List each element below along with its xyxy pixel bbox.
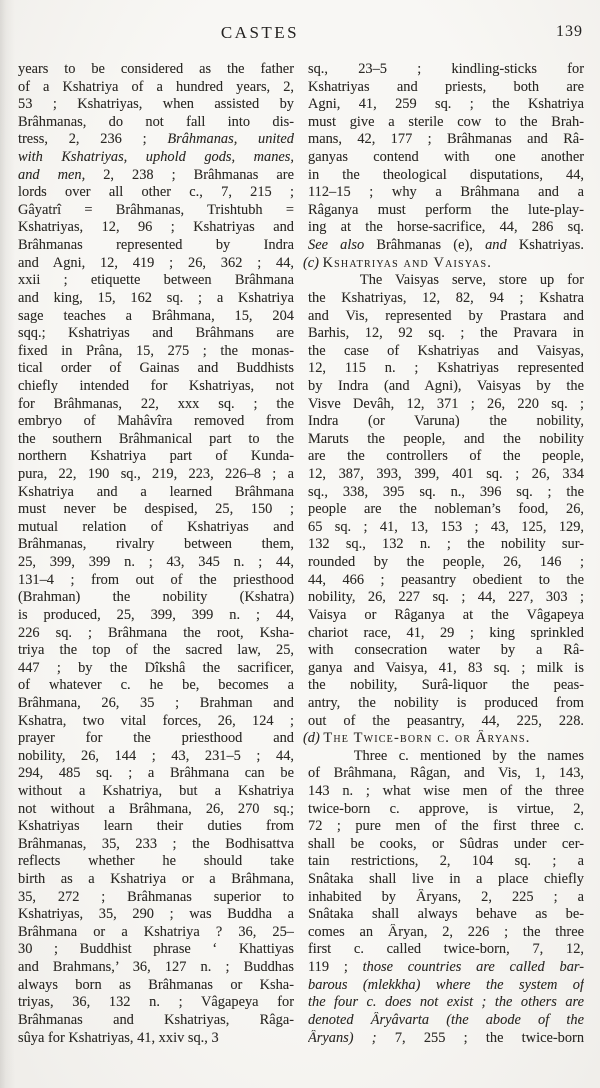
- text-segment: inhabited by Âryans, 2, 225 ; a: [308, 889, 584, 905]
- text-segment: Snâtaka shall live in a place chiefly: [308, 871, 584, 887]
- text-segment: and men,: [18, 167, 85, 183]
- text-line: 294, 485 sq. ; a Brâhmana can be: [18, 765, 294, 783]
- page-header: CASTES 139: [0, 23, 600, 45]
- text-line: and king, 15, 162 sq. ; a Kshatriya: [18, 290, 294, 308]
- text-line: fixed in Prâna, 15, 275 ; the monas-: [18, 343, 294, 361]
- text-segment: xxii ; etiquette between Brâhmana: [18, 272, 294, 288]
- text-line: Barhis, 12, 92 sq. ; the Pravara in: [308, 325, 584, 343]
- text-segment: and Agni, 12, 419 ; 26, 362 ; 44,: [18, 255, 294, 271]
- text-segment: triyas, 36, 132 n. ; Vâgapeya for: [18, 994, 294, 1010]
- text-line: the case of Kshatriyas and Vaisyas,: [308, 343, 584, 361]
- text-line: comes an Âryan, 2, 226 ; the three: [308, 924, 584, 942]
- text-segment: Brâhmanas represented by Indra: [18, 237, 294, 253]
- text-segment: Three c. mentioned by the names: [308, 748, 584, 764]
- text-line: 131–4 ; from out of the priesthood: [18, 572, 294, 590]
- text-segment: 65 sq. ; 41, 13, 153 ; 43, 125, 129,: [308, 519, 584, 535]
- text-line: xxii ; etiquette between Brâhmana: [18, 272, 294, 290]
- text-segment: and king, 15, 162 sq. ; a Kshatriya: [18, 290, 294, 306]
- text-line: sq., 23–5 ; kindling-sticks for: [308, 61, 584, 79]
- text-segment: Kshatriyas learn their duties from: [18, 818, 294, 834]
- text-line: sq., 338, 395 sq. n., 396 sq. ; the: [308, 484, 584, 502]
- text-line: 53 ; Kshatriyas, when assisted by: [18, 96, 294, 114]
- text-segment: Brâhmana or a Kshatriya ? 36, 25–: [18, 924, 294, 940]
- text-line: Snâtaka shall always behave as be-: [308, 906, 584, 924]
- text-segment: 226 sq. ; Brâhmana the root, Ksha-: [18, 625, 294, 641]
- text-segment: fixed in Prâna, 15, 275 ; the monas-: [18, 343, 294, 359]
- text-segment: for Brâhmanas, 22, xxx sq. ; the: [18, 396, 294, 412]
- text-segment: triya the top of the sacred law, 25,: [18, 642, 294, 658]
- text-segment: Kshatriyas.: [507, 237, 584, 253]
- text-segment: barous (mlekkha) where the system of: [308, 977, 584, 993]
- text-line: 72 ; pure men of the first three c.: [308, 818, 584, 836]
- text-segment: (d): [303, 730, 323, 746]
- text-line: Agni, 41, 259 sq. ; the Kshatriya: [308, 96, 584, 114]
- text-line: Brâhmanas and Kshatriyas, Râga-: [18, 1012, 294, 1030]
- text-segment: 112–15 ; why a Brâhmana and a: [308, 184, 584, 200]
- text-segment: tain restrictions, 2, 104 sq. ; a: [308, 853, 584, 869]
- book-page-scan: CASTES 139 years to be considered as the…: [0, 0, 600, 1088]
- heading-text: The Twice-born c. or Âryans.: [323, 730, 530, 746]
- text-segment: Vaisya or Râganya at the Vâgapeya: [308, 607, 584, 623]
- text-line: and Vis, represented by Prastara and: [308, 308, 584, 326]
- text-line: in the theological disputations, 44,: [308, 167, 584, 185]
- text-segment: birth as a Kshatriya or a Brâhmana,: [18, 871, 294, 887]
- text-segment: 7, 255 ; the twice-born: [377, 1030, 584, 1046]
- text-segment: See also: [308, 237, 376, 253]
- text-line: mans, 42, 177 ; Brâhmanas and Râ-: [308, 131, 584, 149]
- text-line: people are the nobleman’s food, 26,: [308, 501, 584, 519]
- text-segment: with Kshatriyas, uphold gods, manes,: [18, 149, 294, 165]
- text-segment: must give a sterile cow to the Brah-: [308, 114, 584, 130]
- text-line: Indra (or Varuna) the nobility,: [308, 413, 584, 431]
- text-line: Kshatriyas learn their duties from: [18, 818, 294, 836]
- text-line: 30 ; Buddhist phrase ‘ Khattiyas: [18, 941, 294, 959]
- text-line: with Kshatriyas, uphold gods, manes,: [18, 149, 294, 167]
- text-line: sqq.; Kshatriyas and Brâhmans are: [18, 325, 294, 343]
- text-segment: antry, the nobility is produced from: [308, 695, 584, 711]
- text-segment: 35, 272 ; Brâhmanas superior to: [18, 889, 294, 905]
- text-segment: Maruts the people, and the nobility: [308, 431, 584, 447]
- text-segment: lords over all other c., 7, 215 ;: [18, 184, 294, 200]
- text-line: 226 sq. ; Brâhmana the root, Ksha-: [18, 625, 294, 643]
- text-line: See also Brâhmanas (e), and Kshatriyas.: [308, 237, 584, 255]
- text-line: Kshatriya and a learned Brâhmana: [18, 484, 294, 502]
- text-line: Brâhmanas represented by Indra: [18, 237, 294, 255]
- text-segment: nobility, 26, 227 sq. ; 44, 227, 303 ;: [308, 589, 584, 605]
- text-line: for Brâhmanas, 22, xxx sq. ; the: [18, 396, 294, 414]
- text-segment: not without a Brâhmana, 26, 270 sq.;: [18, 801, 294, 817]
- text-segment: Gâyatrî = Brâhmanas, Trishtubh =: [18, 202, 294, 218]
- text-segment: Âryans) ;: [308, 1030, 377, 1046]
- text-line: mutual relation of Kshatriyas and: [18, 519, 294, 537]
- text-segment: of Brâhmana, Râgan, and Vis, 1, 143,: [308, 765, 584, 781]
- text-line: shall be cooks, or Sûdras under cer-: [308, 836, 584, 854]
- text-line: is produced, 25, 399, 399 n. ; 44,: [18, 607, 294, 625]
- text-line: Kshatriyas, 35, 290 ; was Buddha a: [18, 906, 294, 924]
- text-segment: nobility, 26, 144 ; 43, 231–5 ; 44,: [18, 748, 294, 764]
- text-line: 65 sq. ; 41, 13, 153 ; 43, 125, 129,: [308, 519, 584, 537]
- text-line: of whatever c. he be, becomes a: [18, 677, 294, 695]
- text-segment: the case of Kshatriyas and Vaisyas,: [308, 343, 584, 359]
- text-segment: sage teaches a Brâhmana, 15, 204: [18, 308, 294, 324]
- text-segment: Brâhmanas, do not fall into dis-: [18, 114, 294, 130]
- text-line: not without a Brâhmana, 26, 270 sq.;: [18, 801, 294, 819]
- text-segment: are the controllers of the people,: [308, 448, 584, 464]
- text-line: Brâhmana or a Kshatriya ? 36, 25–: [18, 924, 294, 942]
- text-segment: in the theological disputations, 44,: [308, 167, 584, 183]
- text-line: and Agni, 12, 419 ; 26, 362 ; 44,: [18, 255, 294, 273]
- section-heading: (c) Kshatriyas and Vaisyas.: [303, 255, 584, 273]
- text-line: must give a sterile cow to the Brah-: [308, 114, 584, 132]
- text-line: 12, 115 n. ; Kshatriyas represented: [308, 360, 584, 378]
- text-segment: ganya and Vaisya, 41, 83 sq. ; milk is: [308, 660, 584, 676]
- text-segment: 12, 115 n. ; Kshatriyas represented: [308, 360, 584, 376]
- text-segment: Brâhmanas (e),: [376, 237, 485, 253]
- text-line: nobility, 26, 144 ; 43, 231–5 ; 44,: [18, 748, 294, 766]
- text-line: 12, 387, 393, 399, 401 sq. ; 26, 334: [308, 466, 584, 484]
- section-heading: (d) The Twice-born c. or Âryans.: [303, 730, 584, 748]
- text-segment: tical order of Gainas and Buddhists: [18, 360, 294, 376]
- text-segment: (Brahman) the nobility (Kshatra): [18, 589, 294, 605]
- text-line: first c. called twice-born, 7, 12,: [308, 941, 584, 959]
- text-segment: sûya for Kshatriyas, 41, xxiv sq., 3: [18, 1030, 219, 1046]
- text-line: years to be considered as the father: [18, 61, 294, 79]
- text-line: 25, 399, 399 n. ; 43, 345 n. ; 44,: [18, 554, 294, 572]
- text-segment: reflects whether he should take: [18, 853, 294, 869]
- text-line: of a Kshatriya of a hundred years, 2,: [18, 79, 294, 97]
- text-line: 44, 466 ; peasantry obedient to the: [308, 572, 584, 590]
- text-line: triyas, 36, 132 n. ; Vâgapeya for: [18, 994, 294, 1012]
- text-segment: 53 ; Kshatriyas, when assisted by: [18, 96, 294, 112]
- text-line: inhabited by Âryans, 2, 225 ; a: [308, 889, 584, 907]
- text-segment: chariot race, 41, 29 ; king sprinkled: [308, 625, 584, 641]
- text-segment: by Indra (and Agni), Vaisyas by the: [308, 378, 584, 394]
- text-line: Three c. mentioned by the names: [308, 748, 584, 766]
- text-line: triya the top of the sacred law, 25,: [18, 642, 294, 660]
- text-line: the nobility, Surâ-liquor the peas-: [308, 677, 584, 695]
- text-segment: 143 n. ; what wise men of the three: [308, 783, 584, 799]
- text-line: Kshatriyas and priests, both are: [308, 79, 584, 97]
- text-line: 35, 272 ; Brâhmanas superior to: [18, 889, 294, 907]
- text-line: 447 ; by the Dîkshâ the sacrificer,: [18, 660, 294, 678]
- text-line: barous (mlekkha) where the system of: [308, 977, 584, 995]
- text-line: twice-born c. approve, is virtue, 2,: [308, 801, 584, 819]
- text-line: pura, 22, 190 sq., 219, 223, 226–8 ; a: [18, 466, 294, 484]
- text-line: always born as Brâhmanas or Ksha-: [18, 977, 294, 995]
- text-segment: ing at the horse-sacrifice, 44, 286 sq.: [308, 219, 584, 235]
- text-line: antry, the nobility is produced from: [308, 695, 584, 713]
- text-segment: northern Kshatriya part of Kunda-: [18, 448, 294, 464]
- text-segment: 44, 466 ; peasantry obedient to the: [308, 572, 584, 588]
- column-left: years to be considered as the fatherof a…: [18, 61, 294, 1047]
- text-segment: with consecration water by a Râ-: [308, 642, 584, 658]
- text-line: and men, 2, 238 ; Brâhmanas are: [18, 167, 294, 185]
- text-line: Vaisya or Râganya at the Vâgapeya: [308, 607, 584, 625]
- text-segment: of a Kshatriya of a hundred years, 2,: [18, 79, 294, 95]
- text-segment: Brâhmana, 26, 35 ; Brahman and: [18, 695, 294, 711]
- text-line: ing at the horse-sacrifice, 44, 286 sq.: [308, 219, 584, 237]
- text-segment: embryo of Mahâvîra removed from: [18, 413, 294, 429]
- text-segment: mutual relation of Kshatriyas and: [18, 519, 294, 535]
- text-segment: Indra (or Varuna) the nobility,: [308, 413, 584, 429]
- text-segment: and Vis, represented by Prastara and: [308, 308, 584, 324]
- text-line: birth as a Kshatriya or a Brâhmana,: [18, 871, 294, 889]
- text-segment: Visve Devâh, 12, 371 ; 26, 220 sq. ;: [308, 396, 584, 412]
- text-segment: chiefly intended for Kshatriyas, not: [18, 378, 294, 394]
- text-segment: Barhis, 12, 92 sq. ; the Pravara in: [308, 325, 584, 341]
- text-segment: must never be despised, 25, 150 ;: [18, 501, 294, 517]
- text-line: Maruts the people, and the nobility: [308, 431, 584, 449]
- text-segment: Brâhmanas, rivalry between them,: [18, 536, 294, 552]
- text-line: are the controllers of the people,: [308, 448, 584, 466]
- text-segment: prayer for the priesthood and: [18, 730, 294, 746]
- heading-text: Kshatriyas and Vaisyas.: [323, 255, 493, 271]
- text-segment: Kshatriyas and priests, both are: [308, 79, 584, 95]
- text-line: 132 sq., 132 n. ; the nobility sur-: [308, 536, 584, 554]
- text-segment: Agni, 41, 259 sq. ; the Kshatriya: [308, 96, 584, 112]
- text-segment: 131–4 ; from out of the priesthood: [18, 572, 294, 588]
- text-block: years to be considered as the fatherof a…: [18, 61, 584, 1047]
- text-line: without a Kshatriya, but a Kshatriya: [18, 783, 294, 801]
- text-segment: people are the nobleman’s food, 26,: [308, 501, 584, 517]
- text-line: chiefly intended for Kshatriyas, not: [18, 378, 294, 396]
- text-line: the Kshatriyas, 12, 82, 94 ; Kshatra: [308, 290, 584, 308]
- text-line: reflects whether he should take: [18, 853, 294, 871]
- text-segment: Râganya must perform the lute-play-: [308, 202, 584, 218]
- text-line: sûya for Kshatriyas, 41, xxiv sq., 3: [18, 1030, 294, 1048]
- text-segment: shall be cooks, or Sûdras under cer-: [308, 836, 584, 852]
- text-line: chariot race, 41, 29 ; king sprinkled: [308, 625, 584, 643]
- text-segment: without a Kshatriya, but a Kshatriya: [18, 783, 294, 799]
- text-line: of Brâhmana, Râgan, and Vis, 1, 143,: [308, 765, 584, 783]
- text-line: Brâhmanas, rivalry between them,: [18, 536, 294, 554]
- text-line: embryo of Mahâvîra removed from: [18, 413, 294, 431]
- text-line: rounded by the people, 26, 146 ;: [308, 554, 584, 572]
- text-line: Âryans) ; 7, 255 ; the twice-born: [308, 1030, 584, 1048]
- text-line: 112–15 ; why a Brâhmana and a: [308, 184, 584, 202]
- text-segment: years to be considered as the father: [18, 61, 294, 77]
- text-line: out of the peasantry, 44, 225, 228.: [308, 713, 584, 731]
- text-segment: Kshatriyas, 12, 96 ; Kshatriyas and: [18, 219, 294, 235]
- text-segment: Brâhmanas and Kshatriyas, Râga-: [18, 1012, 294, 1028]
- text-line: Kshatriyas, 12, 96 ; Kshatriyas and: [18, 219, 294, 237]
- text-segment: 12, 387, 393, 399, 401 sq. ; 26, 334: [308, 466, 584, 482]
- text-line: Râganya must perform the lute-play-: [308, 202, 584, 220]
- text-line: nobility, 26, 227 sq. ; 44, 227, 303 ;: [308, 589, 584, 607]
- text-line: Brâhmanas, 35, 233 ; the Bodhisattva: [18, 836, 294, 854]
- text-line: and Brahmans,’ 36, 127 n. ; Buddhas: [18, 959, 294, 977]
- text-line: (Brahman) the nobility (Kshatra): [18, 589, 294, 607]
- text-segment: Kshatriya and a learned Brâhmana: [18, 484, 294, 500]
- text-line: tical order of Gainas and Buddhists: [18, 360, 294, 378]
- text-segment: the Kshatriyas, 12, 82, 94 ; Kshatra: [308, 290, 584, 306]
- text-line: Brâhmanas, do not fall into dis-: [18, 114, 294, 132]
- text-segment: the nobility, Surâ-liquor the peas-: [308, 677, 584, 693]
- text-line: prayer for the priesthood and: [18, 730, 294, 748]
- text-segment: twice-born c. approve, is virtue, 2,: [308, 801, 584, 817]
- text-segment: denoted Âryâvarta (the abode of the: [308, 1012, 584, 1028]
- text-line: ganya and Vaisya, 41, 83 sq. ; milk is: [308, 660, 584, 678]
- text-segment: Brâhmanas, 35, 233 ; the Bodhisattva: [18, 836, 294, 852]
- text-segment: out of the peasantry, 44, 225, 228.: [308, 713, 584, 729]
- text-line: Visve Devâh, 12, 371 ; 26, 220 sq. ;: [308, 396, 584, 414]
- text-line: with consecration water by a Râ-: [308, 642, 584, 660]
- text-line: 143 n. ; what wise men of the three: [308, 783, 584, 801]
- text-segment: 2, 238 ; Brâhmanas are: [85, 167, 294, 183]
- text-line: sage teaches a Brâhmana, 15, 204: [18, 308, 294, 326]
- text-line: lords over all other c., 7, 215 ;: [18, 184, 294, 202]
- text-line: denoted Âryâvarta (the abode of the: [308, 1012, 584, 1030]
- text-segment: 447 ; by the Dîkshâ the sacrificer,: [18, 660, 294, 676]
- text-segment: the four c. does not exist ; the others …: [308, 994, 584, 1010]
- text-line: the southern Brâhmanical part to the: [18, 431, 294, 449]
- text-line: must never be despised, 25, 150 ;: [18, 501, 294, 519]
- text-segment: 294, 485 sq. ; a Brâhmana can be: [18, 765, 294, 781]
- text-line: by Indra (and Agni), Vaisyas by the: [308, 378, 584, 396]
- text-segment: 119 ;: [308, 959, 363, 975]
- text-line: Brâhmana, 26, 35 ; Brahman and: [18, 695, 294, 713]
- text-line: 119 ; those countries are called bar-: [308, 959, 584, 977]
- text-segment: rounded by the people, 26, 146 ;: [308, 554, 584, 570]
- text-segment: of whatever c. he be, becomes a: [18, 677, 294, 693]
- text-segment: mans, 42, 177 ; Brâhmanas and Râ-: [308, 131, 584, 147]
- text-line: ganyas contend with one another: [308, 149, 584, 167]
- text-segment: comes an Âryan, 2, 226 ; the three: [308, 924, 584, 940]
- text-line: The Vaisyas serve, store up for: [308, 272, 584, 290]
- text-segment: Kshatra, two vital forces, 26, 124 ;: [18, 713, 294, 729]
- text-segment: The Vaisyas serve, store up for: [308, 272, 584, 288]
- text-line: Kshatra, two vital forces, 26, 124 ;: [18, 713, 294, 731]
- text-segment: first c. called twice-born, 7, 12,: [308, 941, 584, 957]
- column-right: sq., 23–5 ; kindling-sticks forKshatriya…: [308, 61, 584, 1047]
- text-line: northern Kshatriya part of Kunda-: [18, 448, 294, 466]
- text-segment: 25, 399, 399 n. ; 43, 345 n. ; 44,: [18, 554, 294, 570]
- text-segment: Snâtaka shall always behave as be-: [308, 906, 584, 922]
- text-segment: and: [485, 237, 507, 253]
- text-segment: (c): [303, 255, 323, 271]
- text-segment: is produced, 25, 399, 399 n. ; 44,: [18, 607, 294, 623]
- text-segment: 132 sq., 132 n. ; the nobility sur-: [308, 536, 584, 552]
- text-segment: 72 ; pure men of the first three c.: [308, 818, 584, 834]
- page-number: 139: [556, 23, 583, 41]
- text-segment: those countries are called bar-: [363, 959, 584, 975]
- text-segment: sqq.; Kshatriyas and Brâhmans are: [18, 325, 294, 341]
- text-segment: sq., 338, 395 sq. n., 396 sq. ; the: [308, 484, 584, 500]
- text-line: Gâyatrî = Brâhmanas, Trishtubh =: [18, 202, 294, 220]
- text-segment: Brâhmanas, united: [167, 131, 294, 147]
- text-line: Snâtaka shall live in a place chiefly: [308, 871, 584, 889]
- text-segment: and Brahmans,’ 36, 127 n. ; Buddhas: [18, 959, 294, 975]
- text-segment: pura, 22, 190 sq., 219, 223, 226–8 ; a: [18, 466, 294, 482]
- text-segment: Kshatriyas, 35, 290 ; was Buddha a: [18, 906, 294, 922]
- text-segment: the southern Brâhmanical part to the: [18, 431, 294, 447]
- text-segment: sq., 23–5 ; kindling-sticks for: [308, 61, 584, 77]
- text-segment: always born as Brâhmanas or Ksha-: [18, 977, 294, 993]
- running-title: CASTES: [0, 23, 520, 43]
- text-segment: tress, 2, 236 ;: [18, 131, 167, 147]
- text-line: the four c. does not exist ; the others …: [308, 994, 584, 1012]
- text-segment: 30 ; Buddhist phrase ‘ Khattiyas: [18, 941, 294, 957]
- text-line: tress, 2, 236 ; Brâhmanas, united: [18, 131, 294, 149]
- text-segment: ganyas contend with one another: [308, 149, 584, 165]
- text-line: tain restrictions, 2, 104 sq. ; a: [308, 853, 584, 871]
